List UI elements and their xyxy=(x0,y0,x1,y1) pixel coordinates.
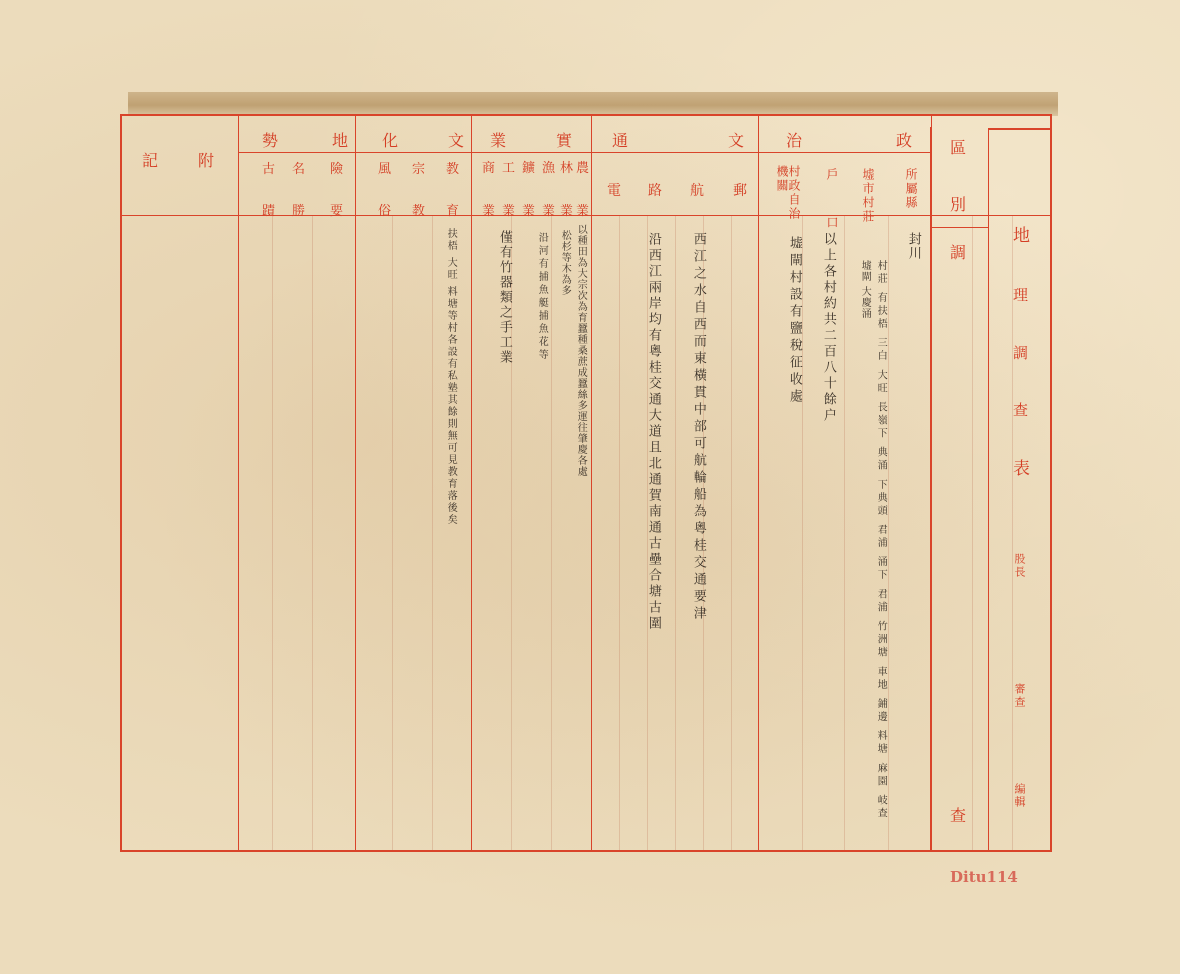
region-header-top: 區 xyxy=(950,140,966,156)
signature-reviewer: 審查 xyxy=(1014,683,1025,709)
section-culture-left: 化 xyxy=(382,133,398,149)
signature-chief: 股長 xyxy=(1014,553,1025,579)
subheader-ind-agri: 農 xyxy=(576,162,589,175)
section-industry-right: 實 xyxy=(556,133,572,149)
region-header-bottom: 別 xyxy=(950,197,966,213)
subheader-ind-suffix: 業 xyxy=(560,205,573,218)
section-transport-left: 通 xyxy=(612,133,628,149)
subheader-geo-ancient: 古 xyxy=(262,163,275,176)
subheader-geo-important: 要 xyxy=(330,205,343,218)
divider xyxy=(238,116,239,850)
entry-agriculture: 以種田為大宗次為育蠶種桑蔗成蠶絲多運往肇慶各處 xyxy=(574,224,586,477)
section-notes-right: 附 xyxy=(198,153,214,169)
section-transport-right: 文 xyxy=(728,133,744,149)
entry-forestry: 松杉等木為多 xyxy=(558,230,570,296)
title-char: 地 xyxy=(1013,228,1030,245)
subheader-culture-education2: 育 xyxy=(446,205,459,218)
subheader-geo-famous: 名 xyxy=(292,163,305,176)
subheader-geo-strategic: 險 xyxy=(330,163,343,176)
region-sub-top: 調 xyxy=(950,245,966,261)
title-char: 查 xyxy=(1013,403,1028,418)
section-politics-right: 政 xyxy=(896,133,912,149)
subheader-ind-mining: 鑛 xyxy=(522,162,535,175)
tape-strip xyxy=(128,92,1058,116)
title-char: 理 xyxy=(1013,288,1028,303)
signature-editor: 編輯 xyxy=(1014,783,1025,809)
subheader-ind-suffix: 業 xyxy=(482,205,495,218)
subheader-geo-scenic: 勝 xyxy=(292,205,305,218)
subheader-towns: 墟市村莊 xyxy=(862,168,874,224)
entry-towns-main: 村莊 有扶梧 三白 大旺 長嶺下 典涌 下典頭 君浦 涌下 君浦 竹洲塘 車地 … xyxy=(874,260,886,850)
section-industry-left: 業 xyxy=(490,133,506,149)
entry-county: 封川 xyxy=(905,232,921,260)
region-sub-bottom: 查 xyxy=(950,808,966,824)
entry-roads: 沿西江兩岸均有粵桂交通大道且北通賀南通古壘合塘古圍 xyxy=(645,232,661,632)
subheader-culture-religion2: 教 xyxy=(412,205,425,218)
header-line xyxy=(238,152,931,153)
subheader-culture-custom2: 俗 xyxy=(378,205,391,218)
subheader-ind-suffix: 業 xyxy=(542,205,555,218)
entry-education: 扶梧 大旺 料塘等村各設有私塾其餘則無可見教育落後矣 xyxy=(444,228,456,526)
title-char: 表 xyxy=(1013,461,1030,478)
divider xyxy=(355,116,356,850)
entry-towns-side: 墟閘 大慶涌 xyxy=(858,260,870,319)
subheader-ind-suffix: 業 xyxy=(576,205,589,218)
section-notes-left: 記 xyxy=(142,153,158,169)
subheader-ind-craft: 工 xyxy=(502,162,515,175)
subheader-telegraph: 電 xyxy=(607,184,621,198)
subheader-county: 所屬縣 xyxy=(905,168,917,210)
subheader-culture-education: 教 xyxy=(446,163,459,176)
subheader-geo-sites: 蹟 xyxy=(262,205,275,218)
section-culture-right: 文 xyxy=(448,133,464,149)
subheader-postal: 郵 xyxy=(733,184,747,198)
section-geo-left: 勢 xyxy=(262,133,278,149)
entry-crafts: 僅有竹器類之手工業 xyxy=(496,230,512,365)
entry-fishery: 沿河有捕魚艇捕魚花等 xyxy=(535,232,547,362)
divider xyxy=(758,116,759,850)
subheader-ind-forestry: 林 xyxy=(560,162,573,175)
entry-autonomy: 墟閘村設有鹽稅征收處 xyxy=(786,236,802,406)
section-geo-right: 地 xyxy=(332,133,348,149)
entry-shipping: 西江之水自西而東橫貫中部可航輪船為粵桂交通要津 xyxy=(690,232,706,623)
subheader-ind-suffix: 業 xyxy=(522,205,535,218)
subheader-shipping: 航 xyxy=(690,184,704,198)
title-char: 調 xyxy=(1013,346,1028,361)
subheader-ind-commerce: 商 xyxy=(482,162,495,175)
subheader-culture-religion: 宗 xyxy=(412,163,425,176)
divider xyxy=(591,116,592,850)
subheader-autonomy: 村政自治機關 xyxy=(776,165,800,221)
subheader-ind-fishing: 漁 xyxy=(542,162,555,175)
subheader-culture-custom: 風 xyxy=(378,163,391,176)
divider xyxy=(471,116,472,850)
section-politics-left: 治 xyxy=(786,133,802,149)
subheader-ind-suffix: 業 xyxy=(502,205,515,218)
subheader-road: 路 xyxy=(648,184,662,198)
watermark: Ditu114 xyxy=(950,868,1018,886)
entry-households: 以上各村約共二百八十餘户 xyxy=(820,232,836,424)
